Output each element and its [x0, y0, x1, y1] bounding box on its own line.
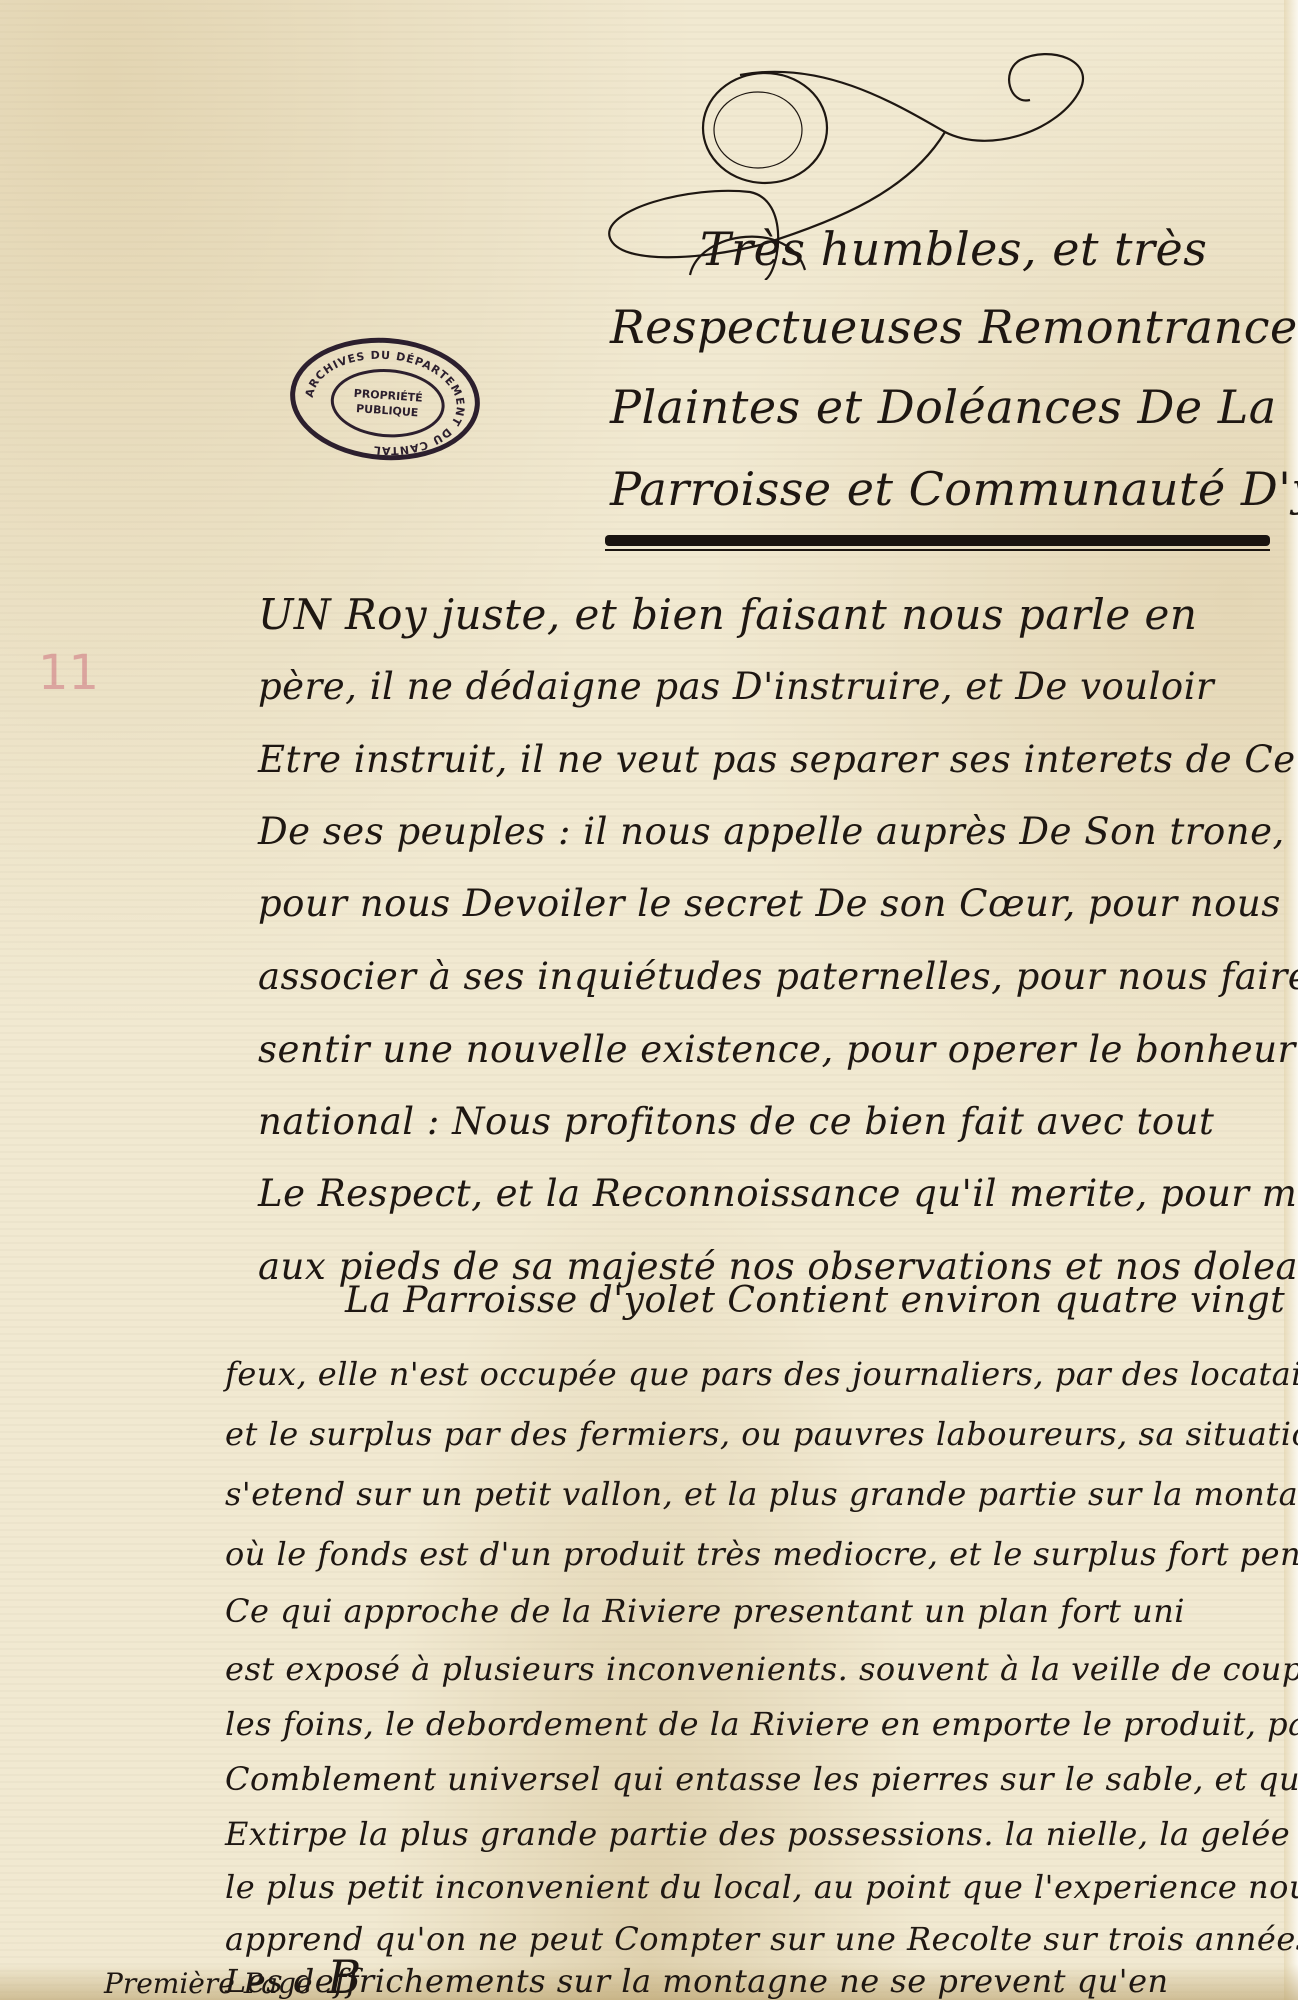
title-line-2: Respectueuses Remontrances	[610, 300, 1298, 354]
body-line: sentir une nouvelle existence, pour oper…	[258, 1028, 1296, 1071]
body-line: Le Respect, et la Reconnoissance qu'il m…	[258, 1172, 1298, 1215]
title-underline-thick	[605, 535, 1270, 546]
body-line: le plus petit inconvenient du local, au …	[225, 1868, 1298, 1906]
body-line: est exposé à plusieurs inconvenients. so…	[225, 1650, 1298, 1688]
title-line-4: Parroisse et Communauté D'yolet	[610, 462, 1298, 516]
page-note-initial: B	[327, 1950, 361, 2000]
body-line: s'etend sur un petit vallon, et la plus …	[225, 1475, 1298, 1513]
body-line: national : Nous profitons de ce bien fai…	[258, 1100, 1214, 1143]
body-line: Etre instruit, il ne veut pas separer se…	[258, 738, 1298, 781]
body-line: Les deffrichements sur la montagne ne se…	[225, 1962, 1169, 2000]
body-line: Extirpe la plus grande partie des posses…	[225, 1815, 1298, 1853]
body-line: père, il ne dédaigne pas D'instruire, et…	[258, 665, 1214, 708]
body-line: Ce qui approche de la Riviere presentant…	[225, 1592, 1185, 1630]
body-line: associer à ses inquiétudes paternelles, …	[258, 955, 1298, 998]
body-line: feux, elle n'est occupée que pars des jo…	[225, 1355, 1298, 1393]
body-line: La Parroisse d'yolet Contient environ qu…	[345, 1280, 1285, 1321]
pencil-margin-mark: 11	[38, 645, 99, 701]
manuscript-page: Très humbles, et très Respectueuses Remo…	[0, 0, 1298, 2000]
title-line-1: Très humbles, et très	[700, 222, 1207, 276]
title-underline-thin	[605, 549, 1270, 551]
body-line: Comblement universel qui entasse les pie…	[225, 1760, 1298, 1798]
archive-stamp: ARCHIVES DU DÉPARTEMENT DU CANTAL PROPRI…	[286, 332, 484, 467]
body-line: pour nous Devoiler le secret De son Cœur…	[258, 882, 1281, 925]
body-line: De ses peuples : il nous appelle auprès …	[258, 810, 1285, 853]
body-line: où le fonds est d'un produit très medioc…	[225, 1535, 1298, 1573]
body-line: apprend qu'on ne peut Compter sur une Re…	[225, 1920, 1298, 1958]
page-note-text: Première Page	[104, 1967, 313, 2000]
title-line-3: Plaintes et Doléances De La	[610, 380, 1277, 434]
body-line: et le surplus par des fermiers, ou pauvr…	[225, 1415, 1298, 1453]
stamp-inner-line-2: PUBLIQUE	[356, 401, 419, 420]
body-line: les foins, le debordement de la Riviere …	[225, 1705, 1298, 1743]
body-line: UN Roy juste, et bien faisant nous parle…	[258, 590, 1197, 639]
page-note: Première Page B	[104, 1950, 361, 2000]
